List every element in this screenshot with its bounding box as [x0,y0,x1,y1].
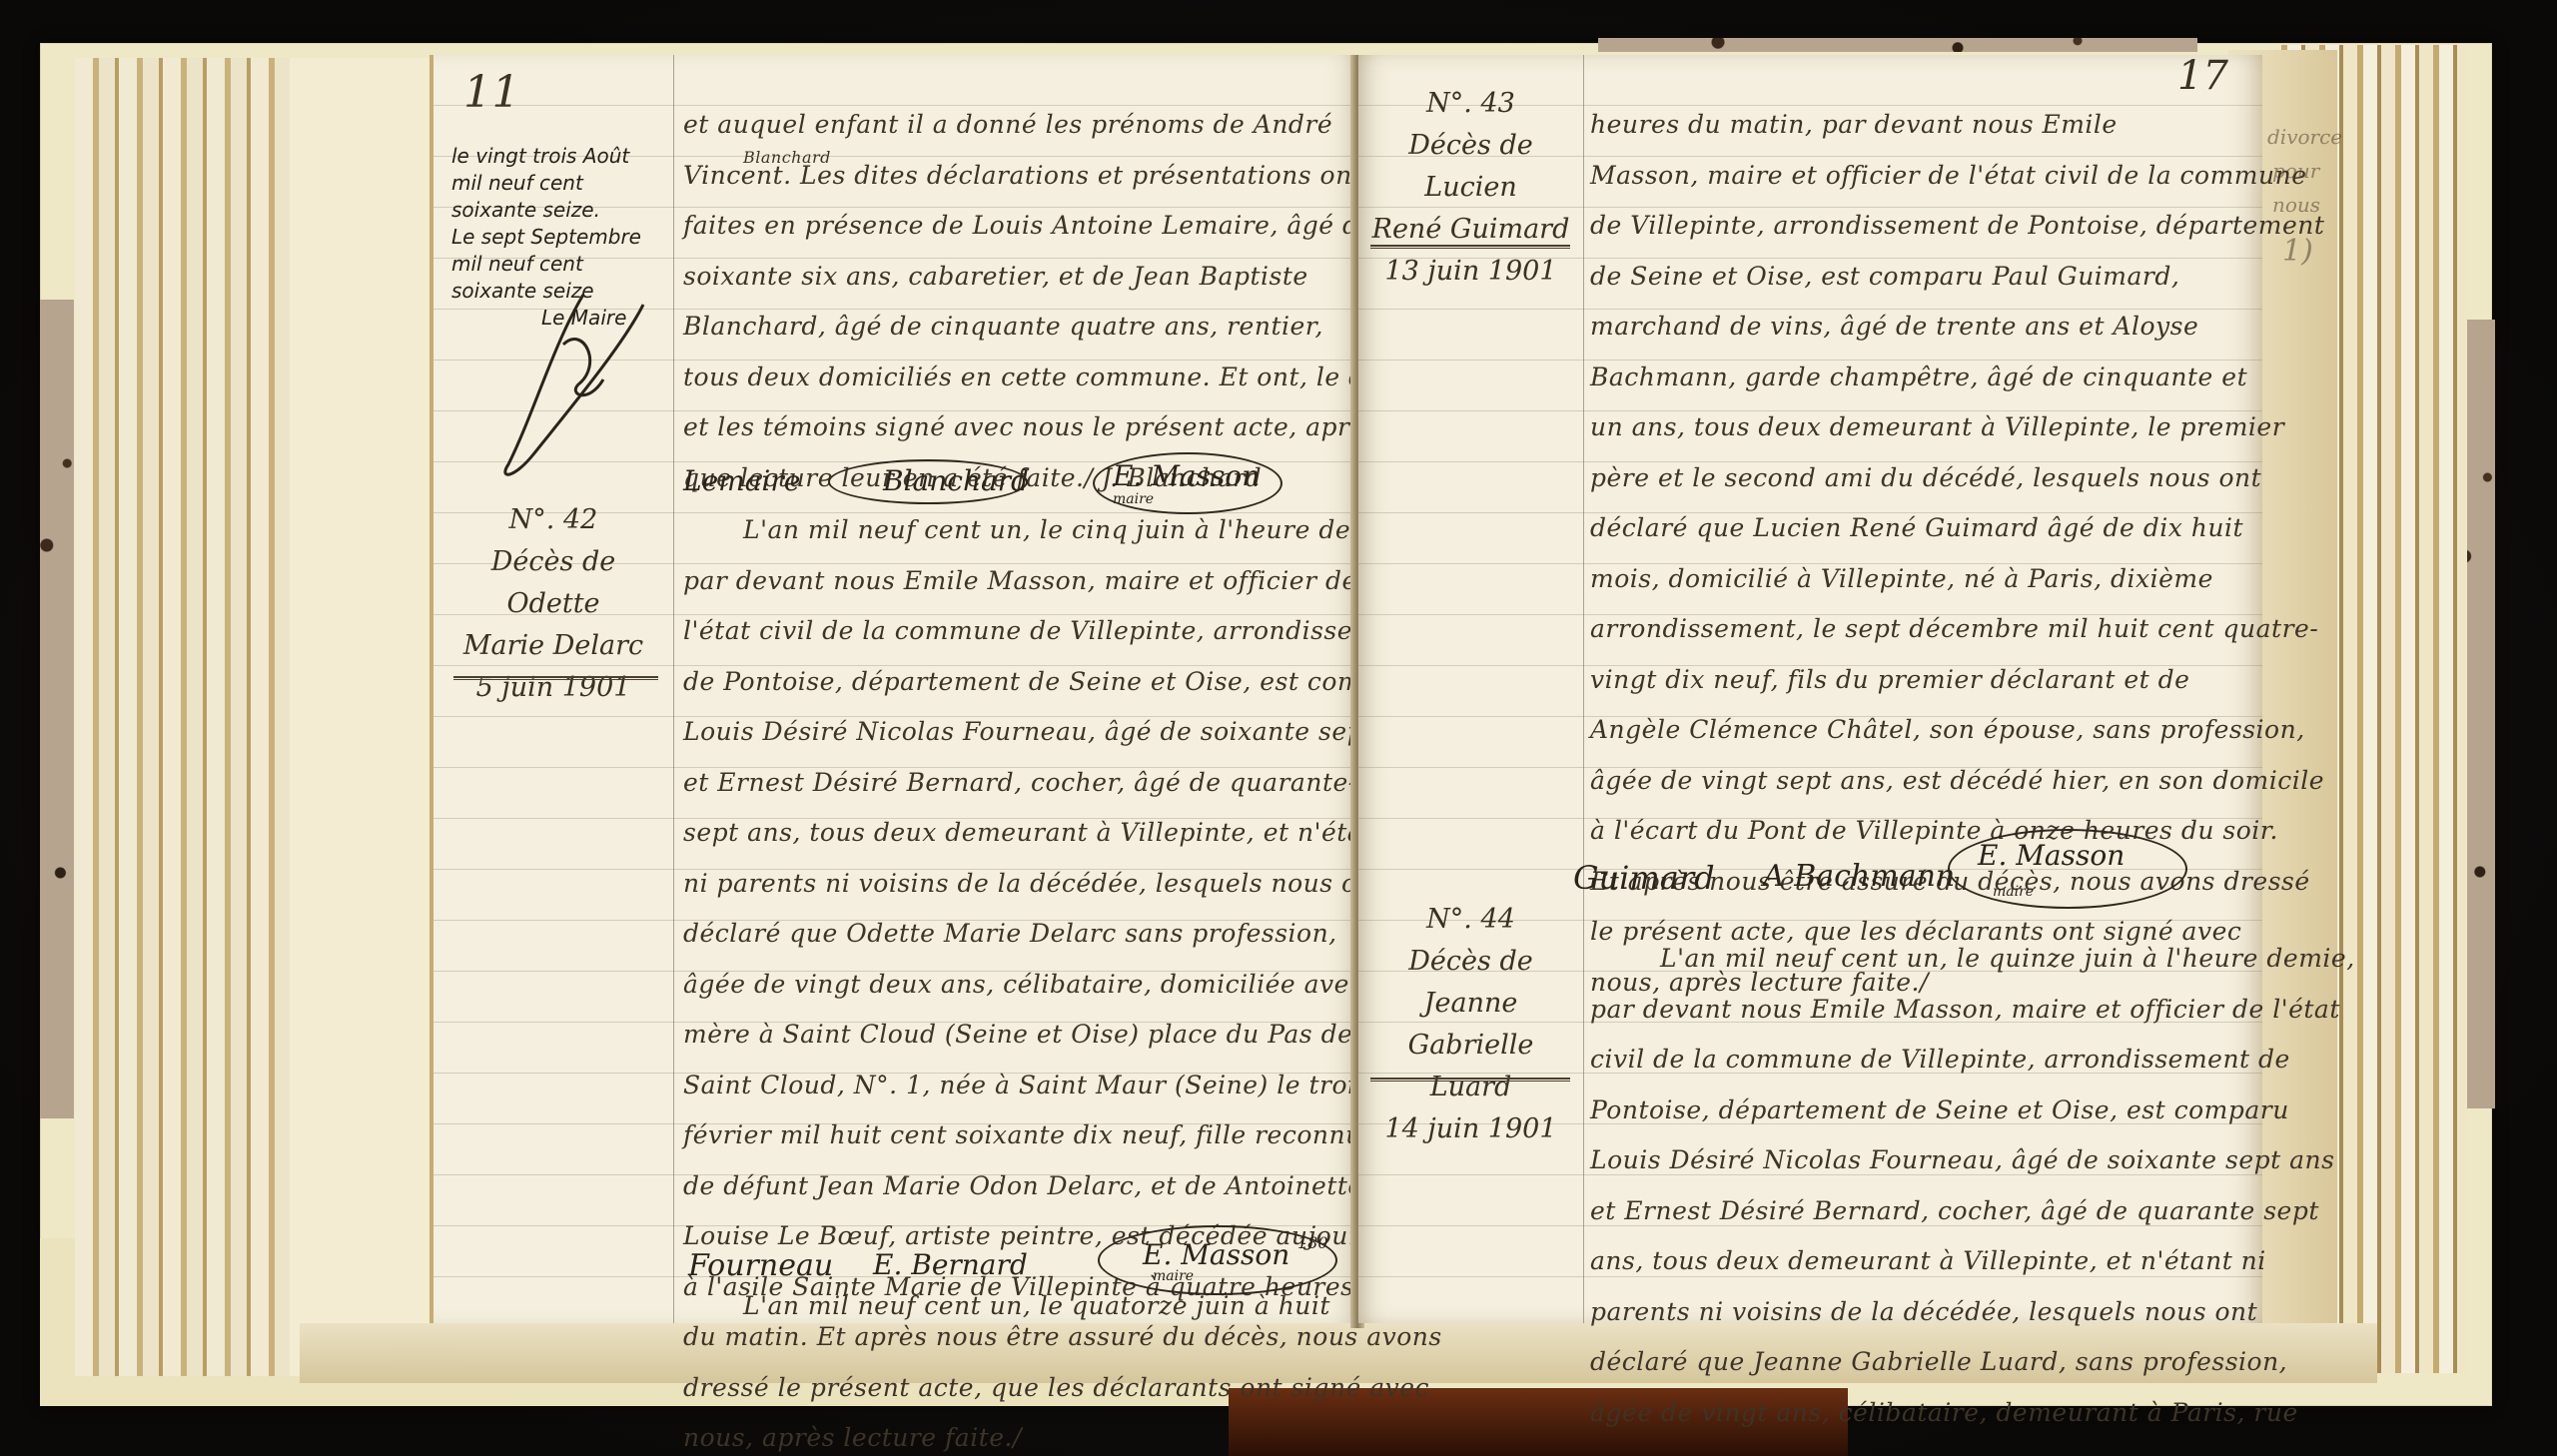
underlying-page-left [290,58,449,1376]
next-entry-start: L'an mil neuf cent un, le quatorze juin … [743,1281,1330,1332]
page-mark: 11 [463,67,520,118]
register-page-left: 11 le vingt trois Août mil neuf cent soi… [429,55,1358,1323]
continuation-text: et auquel enfant il a donné les prénoms … [683,100,1352,503]
signature-lemaire: Lemaire [683,464,800,497]
register-page-right: 17 N°. 43 Décès de Lucien René Guimard 1… [1358,55,2262,1323]
margin-rule [673,55,674,1323]
signature-fourneau: Fourneau [688,1248,833,1283]
entry-divider [453,676,658,680]
signature-guimard: Guimard [1573,859,1715,897]
marbled-board-top [1598,38,2197,52]
folio-number: 17 [2177,53,2228,99]
entry-divider [1370,1078,1570,1082]
entry-44-heading: N°. 44 Décès de Jeanne Gabrielle Luard 1… [1363,899,1578,1150]
entry-44-text: L'an mil neuf cent un, le quinze juin à … [1590,934,2259,1438]
margin-rule [1583,55,1584,1323]
signature-bachmann: A Bachmann [1763,859,1955,894]
page-edges-left [75,58,300,1376]
mayor-flourish [1948,829,2187,909]
signature-flourish [828,459,1028,504]
entry-43-heading: N°. 43 Décès de Lucien René Guimard 13 j… [1363,83,1578,293]
marbled-board-left [40,300,74,1118]
entry-divider [1370,245,1570,249]
bleed-text: 1) [2282,235,2313,269]
bleed-text: divorce [2267,120,2342,154]
signature-bernard: E. Bernard [873,1248,1028,1281]
mayor-signature-icon [493,285,653,484]
